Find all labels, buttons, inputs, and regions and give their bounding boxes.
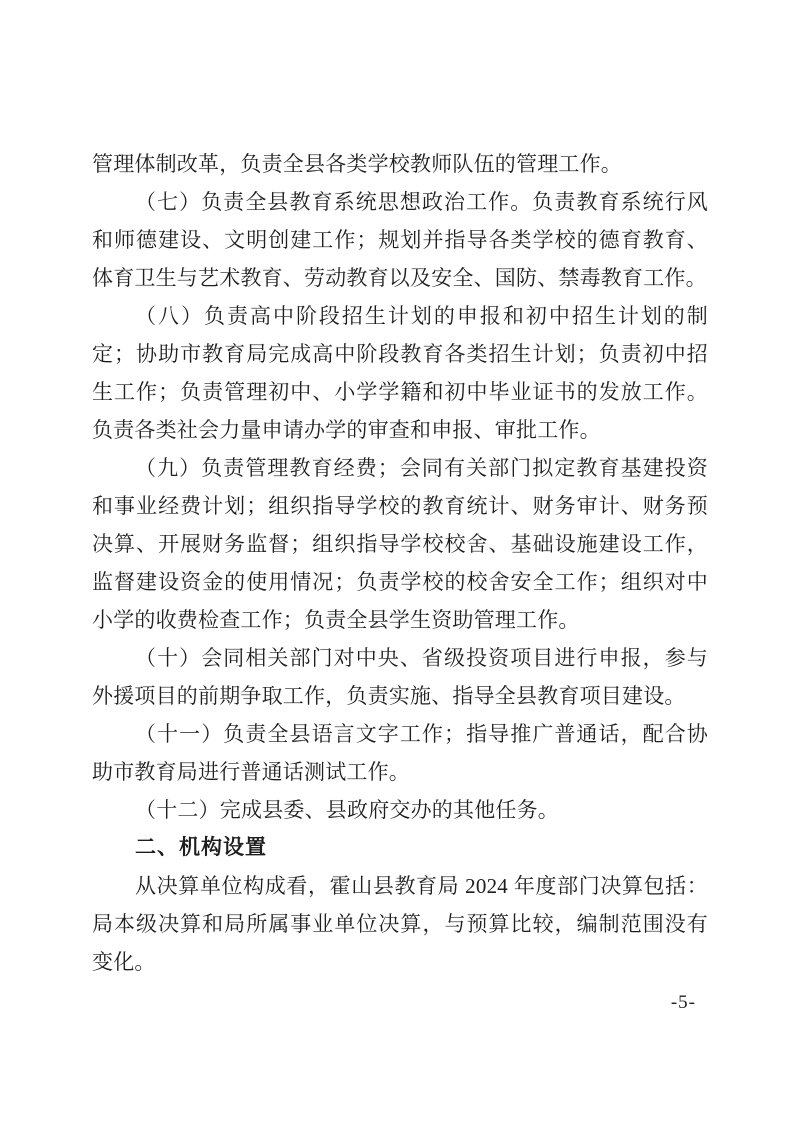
document-page: 管理体制改革，负责全县各类学校教师队伍的管理工作。（七）负责全县教育系统思想政治…: [0, 0, 793, 1122]
text-line: 负责各类社会力量申请办学的审查和申报、审批工作。: [92, 411, 708, 449]
text-line: 管理体制改革，负责全县各类学校教师队伍的管理工作。: [92, 145, 708, 183]
text-line: 和事业经费计划；组织指导学校的教育统计、财务审计、财务预: [92, 487, 708, 525]
text-line: 监督建设资金的使用情况；负责学校的校舍安全工作；组织对中: [92, 563, 708, 601]
text-line: 从决算单位构成看，霍山县教育局 2024 年度部门决算包括：: [92, 867, 708, 905]
text-line: 外援项目的前期争取工作，负责实施、指导全县教育项目建设。: [92, 677, 708, 715]
text-line: （十）会同相关部门对中央、省级投资项目进行申报，参与: [92, 639, 708, 677]
section-heading: 二、机构设置: [92, 829, 708, 867]
text-line: 变化。: [92, 943, 708, 981]
text-line: （七）负责全县教育系统思想政治工作。负责教育系统行风: [92, 183, 708, 221]
text-line: 生工作；负责管理初中、小学学籍和初中毕业证书的发放工作。: [92, 373, 708, 411]
text-line: （八）负责高中阶段招生计划的申报和初中招生计划的制: [92, 297, 708, 335]
text-line: （十二）完成县委、县政府交办的其他任务。: [92, 791, 708, 829]
page-number: -5-: [92, 990, 696, 1016]
text-line: 定；协助市教育局完成高中阶段教育各类招生计划；负责初中招: [92, 335, 708, 373]
text-line: 局本级决算和局所属事业单位决算，与预算比较，编制范围没有: [92, 905, 708, 943]
text-line: （十一）负责全县语言文字工作；指导推广普通话，配合协: [92, 715, 708, 753]
text-line: 助市教育局进行普通话测试工作。: [92, 753, 708, 791]
document-text-block: 管理体制改革，负责全县各类学校教师队伍的管理工作。（七）负责全县教育系统思想政治…: [92, 145, 708, 981]
text-line: 决算、开展财务监督；组织指导学校校舍、基础设施建设工作，: [92, 525, 708, 563]
text-line: 小学的收费检查工作；负责全县学生资助管理工作。: [92, 601, 708, 639]
text-line: 和师德建设、文明创建工作；规划并指导各类学校的德育教育、: [92, 221, 708, 259]
text-line: 体育卫生与艺术教育、劳动教育以及安全、国防、禁毒教育工作。: [92, 259, 708, 297]
text-line: （九）负责管理教育经费；会同有关部门拟定教育基建投资: [92, 449, 708, 487]
